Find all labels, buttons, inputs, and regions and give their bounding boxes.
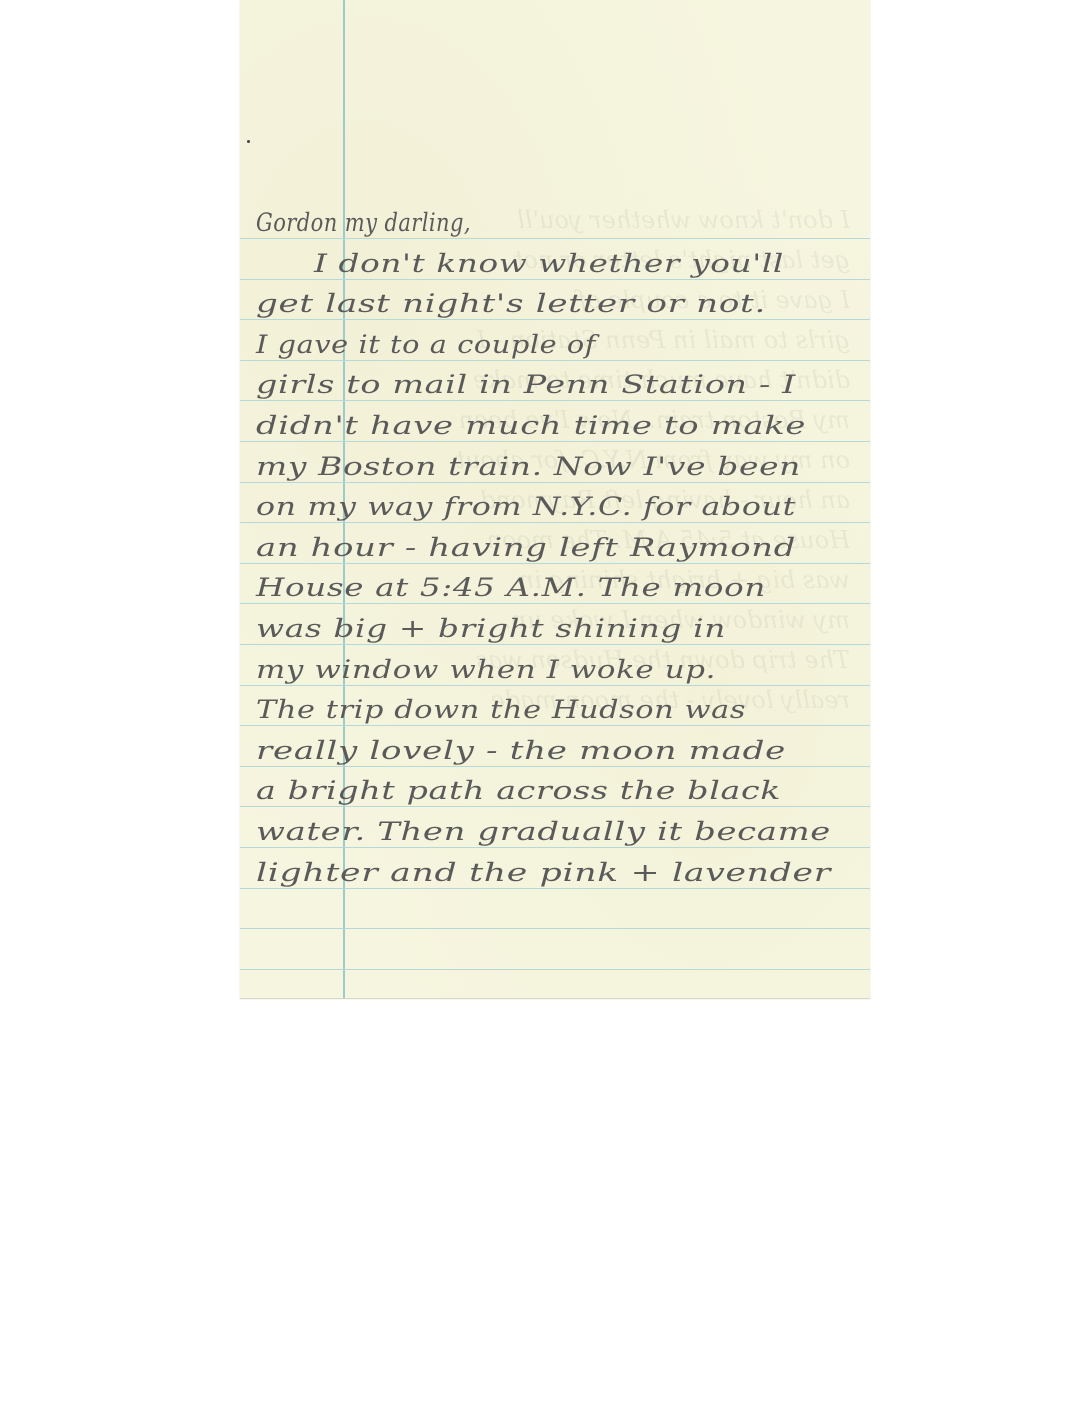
letter-line: girls to mail in Penn Station - I	[256, 370, 796, 399]
letter-line: a bright path across the black	[256, 776, 781, 805]
letter-line: my Boston train. Now I've been	[256, 452, 801, 481]
letter-line: water. Then gradually it became	[256, 817, 831, 846]
ruled-line	[240, 969, 870, 970]
letter-line: House at 5:45 A.M. The moon	[256, 573, 766, 602]
ruled-line	[240, 522, 870, 523]
ruled-line	[240, 400, 870, 401]
ruled-line	[240, 441, 870, 442]
letter-line: lighter and the pink + lavender	[256, 858, 831, 887]
letter-line: The trip down the Hudson was	[256, 695, 746, 724]
letter-line: get last night's letter or not.	[256, 289, 766, 318]
ruled-line	[240, 238, 870, 239]
letter-line: an hour - having left Raymond	[256, 533, 796, 562]
ruled-line	[240, 563, 870, 564]
ruled-line	[240, 360, 870, 361]
ruled-line	[240, 319, 870, 320]
ruled-line	[240, 685, 870, 686]
letter-line: I don't know whether you'll	[314, 249, 784, 278]
letter-page: I don't know whether you'll get last nig…	[240, 0, 870, 999]
letter-line: on my way from N.Y.C. for about	[256, 492, 796, 521]
letter-line: was big + bright shining in	[256, 614, 726, 643]
ruled-line	[240, 279, 870, 280]
ruled-line	[240, 644, 870, 645]
letter-line-salutation: Gordon my darling,	[256, 208, 471, 237]
ruled-line	[240, 725, 870, 726]
paper-speck	[247, 140, 250, 143]
ruled-line	[240, 928, 870, 929]
ruled-line	[240, 847, 870, 848]
ruled-line	[240, 482, 870, 483]
ruled-line	[240, 766, 870, 767]
ruled-line	[240, 888, 870, 889]
ruled-line	[240, 603, 870, 604]
letter-line: didn't have much time to make	[256, 411, 806, 440]
ruled-line	[240, 806, 870, 807]
letter-line: I gave it to a couple of	[256, 330, 596, 359]
letter-line: really lovely - the moon made	[256, 736, 786, 765]
letter-line: my window when I woke up.	[256, 655, 716, 684]
